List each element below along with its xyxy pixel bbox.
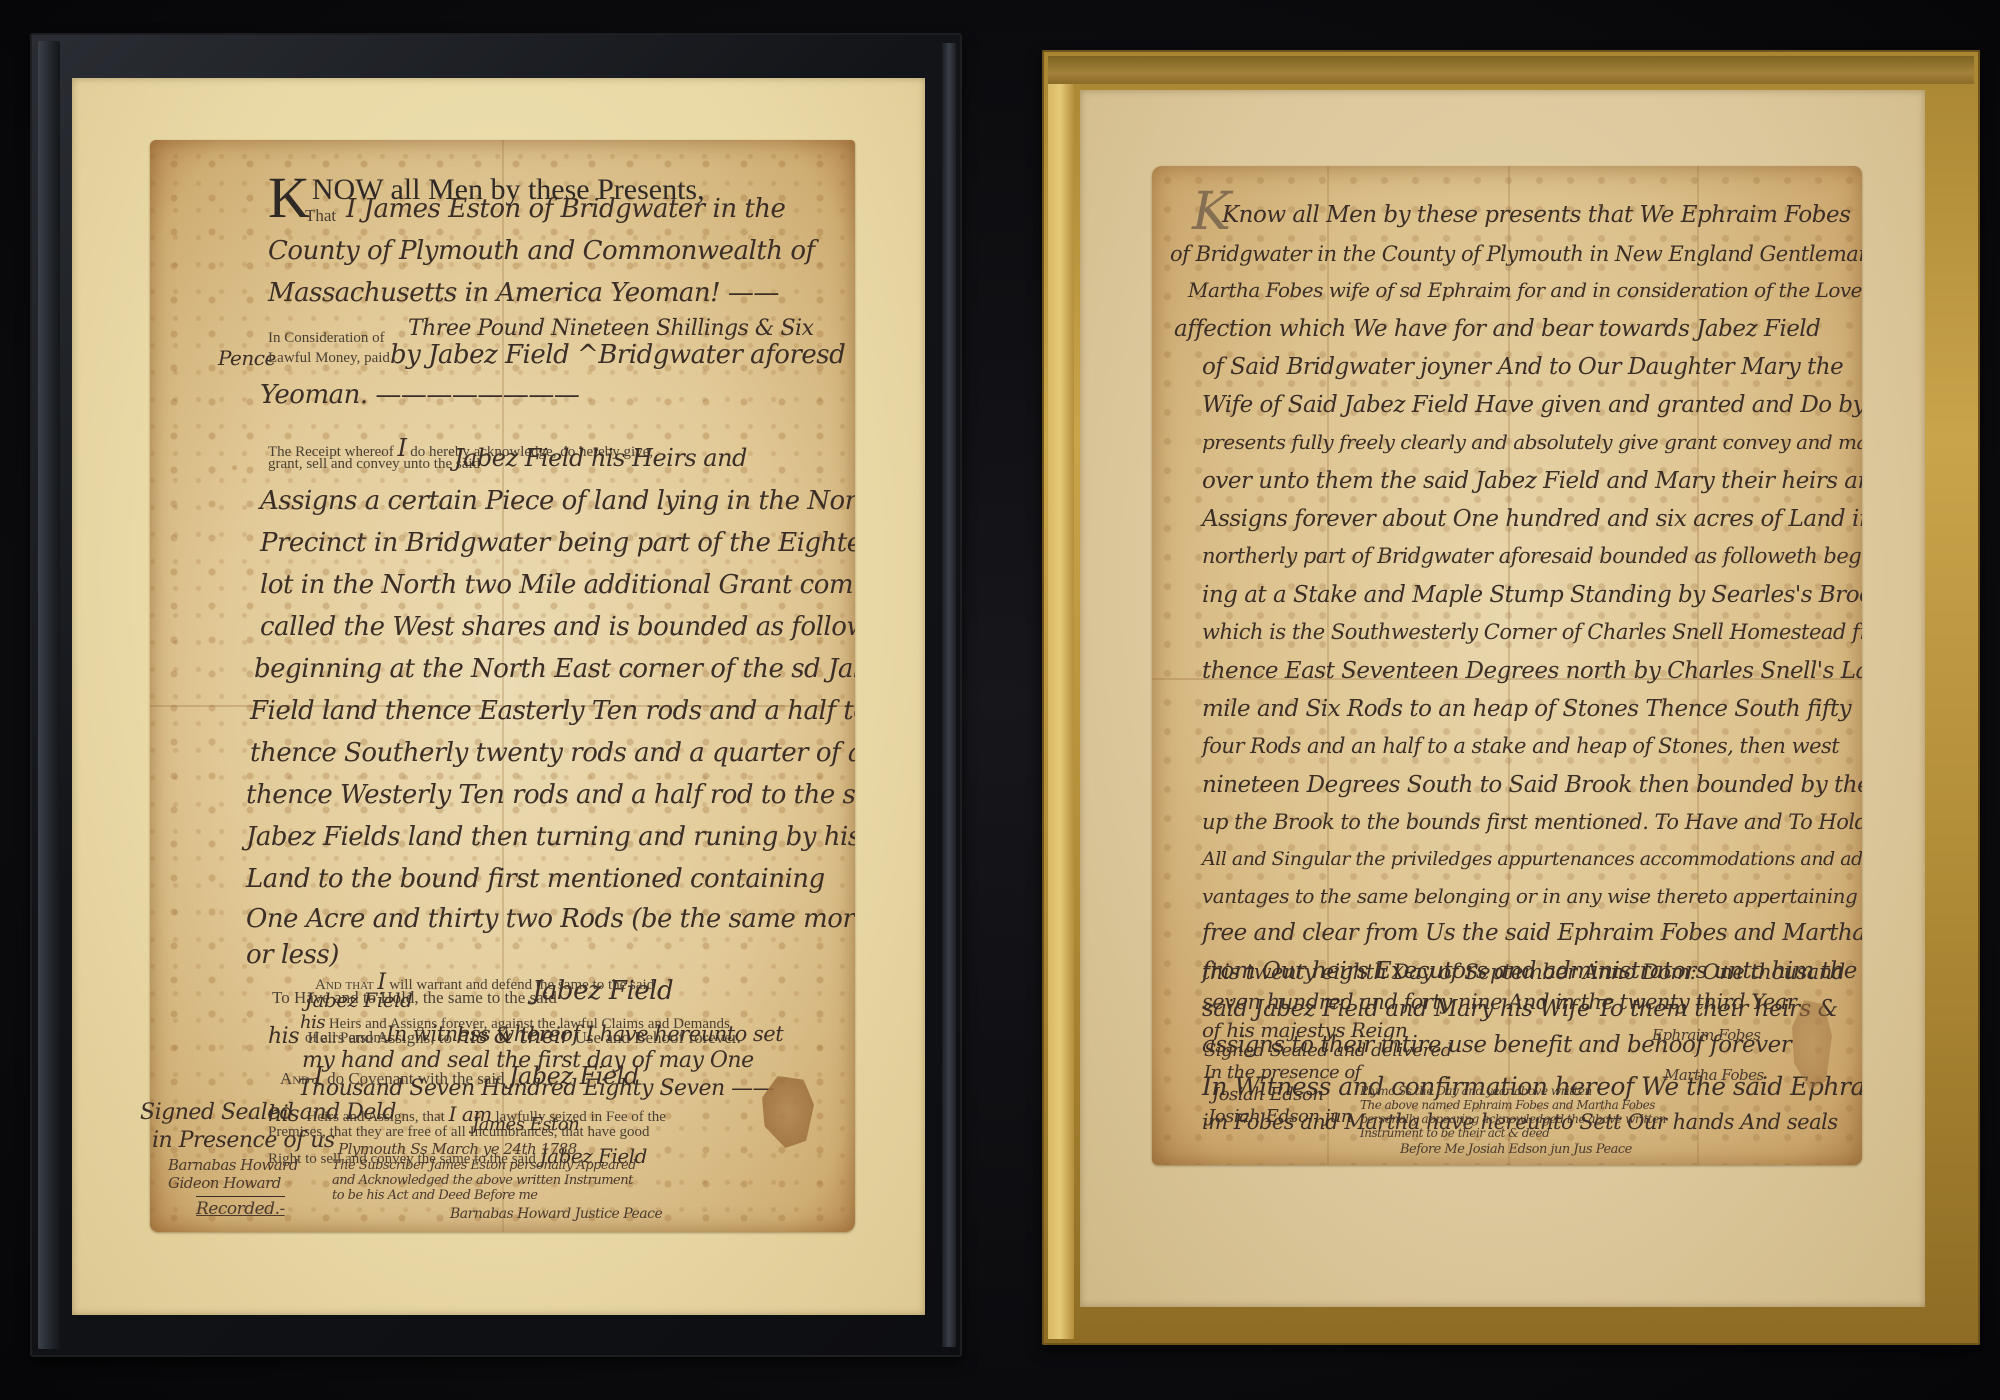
deed-1787-lower-section: And that I will warrant and defend the s… (150, 960, 855, 1232)
acknowledgment-text: Instrument to be their act & deed (1360, 1126, 1549, 1140)
printed-text: of all Persons. (305, 1030, 390, 1047)
handwritten-text: mile and Six Rods to an heap of Stones T… (1202, 696, 1851, 722)
handwritten-text: Jabez Fields land then turning and runin… (246, 822, 855, 852)
wax-seal-stain (762, 1076, 814, 1148)
handwritten-text: Jabez Field his Heirs and (454, 444, 747, 472)
handwritten-text: called the West shares and is bounded as… (260, 612, 855, 642)
handwritten-text: Thousand Seven Hundred Eighty Seven —— (298, 1076, 774, 1101)
acknowledgment-text: The above named Ephraim Fobes and Martha… (1360, 1098, 1655, 1112)
handwritten-text: I James Eston of Bridgwater in the (346, 194, 785, 224)
witness-heading: Signed Sealed and Deld (140, 1100, 396, 1125)
printed-text: That (305, 206, 336, 226)
handwritten-text: this twenty eighth Day of September Anno… (1202, 960, 1845, 984)
witness-signature: Josiah Edson jun (1208, 1106, 1352, 1127)
printed-text: grant, sell and convey unto the said (268, 456, 480, 473)
witness-heading: in Presence of us (152, 1128, 335, 1153)
handwritten-text: over unto them the said Jabez Field and … (1202, 468, 1862, 494)
handwritten-text: lot in the North two Mile additional Gra… (260, 570, 855, 600)
handwritten-text: Assigns forever about One hundred and si… (1202, 506, 1862, 532)
handwritten-text: thence Southerly twenty rods and a quart… (250, 738, 855, 768)
witness-heading: Signed Sealed and delivered (1204, 1040, 1452, 1061)
handwritten-text: In witness whereof I have hereunto set (386, 1022, 783, 1046)
handwritten-text: Land to the bound first mentioned contai… (246, 864, 825, 894)
handwritten-text: of Bridgwater in the County of Plymouth … (1170, 242, 1862, 266)
handwritten-text: of his majestys Reign (1202, 1018, 1407, 1042)
handwritten-text: One Acre and thirty two Rods (be the sam… (246, 904, 855, 934)
witness-heading: In the presence of (1204, 1062, 1361, 1083)
acknowledgment-text: to be his Act and Deed Before me (332, 1188, 537, 1203)
handwritten-text: Know all Men by these presents that We E… (1222, 202, 1850, 228)
handwritten-text: Yeoman. ———————— (260, 380, 579, 410)
handwritten-text: which is the Southwesterly Corner of Cha… (1202, 620, 1862, 644)
handwritten-text: by Jabez Field ^Bridgwater aforesd (390, 340, 845, 370)
handwritten-text: County of Plymouth and Commonwealth of (268, 236, 815, 266)
handwritten-text: seven hundred and forty nine And in the … (1202, 990, 1796, 1014)
handwritten-text: free and clear from Us the said Ephraim … (1202, 920, 1862, 946)
handwritten-text: my hand and seal the first day of may On… (302, 1048, 754, 1073)
witness-signature: Barnabas Howard (168, 1156, 298, 1174)
acknowledgment-text: Plymouth Ss March ye 24th 1788 (338, 1140, 577, 1158)
printed-text: In Consideration of (268, 330, 385, 347)
recorded-note: Recorded.- (196, 1196, 285, 1219)
acknowledgment-text: Plymo Ss the Day and year above written (1360, 1084, 1592, 1098)
handwritten-text: ing at a Stake and Maple Stump Standing … (1202, 582, 1862, 608)
handwritten-text: beginning at the North East corner of th… (254, 654, 855, 684)
grantor-signature: James Eston (472, 1114, 579, 1135)
handwritten-text: Assigns a certain Piece of land lying in… (260, 486, 855, 516)
printed-text: Lawful Money, paid (268, 350, 390, 367)
handwritten-text: Jabez Field (305, 988, 412, 1012)
justice-signature: Barnabas Howard Justice Peace (450, 1206, 662, 1222)
witness-signature: Gideon Howard (168, 1174, 281, 1192)
acknowledgment-text: personally appearing acknowledged the ab… (1360, 1112, 1666, 1126)
handwritten-text: Massachusetts in America Yeoman! —— (268, 278, 779, 308)
handwritten-text: presents fully freely clearly and absolu… (1202, 430, 1862, 454)
handwritten-text: All and Singular the priviledges appurte… (1202, 848, 1862, 870)
handwritten-text: Wife of Said Jabez Field Have given and … (1202, 392, 1862, 418)
handwritten-text: up the Brook to the bounds first mention… (1202, 810, 1862, 834)
handwritten-text: affection which We have for and bear tow… (1174, 316, 1820, 342)
handwritten-text: nineteen Degrees South to Said Brook the… (1202, 772, 1862, 798)
handwritten-text: northerly part of Bridgwater aforesaid b… (1202, 544, 1862, 568)
handwritten-text: Three Pound Nineteen Shillings & Six (408, 316, 814, 341)
handwritten-text: of Said Bridgwater joyner And to Our Dau… (1202, 354, 1843, 380)
justice-signature: Before Me Josiah Edson jun Jus Peace (1400, 1142, 1632, 1157)
handwritten-text: vantages to the same belonging or in any… (1202, 884, 1857, 908)
acknowledgment-text: The Subscriber James Eston personally Ap… (332, 1158, 636, 1173)
acknowledgment-text: and Acknowledged the above written Instr… (332, 1173, 633, 1188)
handwritten-text: Field land thence Easterly Ten rods and … (250, 696, 855, 726)
handwritten-text: four Rods and an half to a stake and hea… (1202, 734, 1839, 758)
handwritten-text: thence East Seventeen Degrees north by C… (1202, 658, 1862, 684)
handwritten-text: thence Westerly Ten rods and a half rod … (246, 780, 855, 810)
seal-stain (1792, 1000, 1832, 1090)
grantor-signature: Martha Fobes (1664, 1066, 1764, 1084)
deed-1749-lower-section: this twenty eighth Day of September Anno… (1152, 960, 1862, 1165)
grantor-signature: Ephraim Fobes (1652, 1026, 1760, 1044)
handwritten-text: Precinct in Bridgwater being part of the… (260, 528, 855, 558)
witness-signature: Josiah Edson (1212, 1084, 1323, 1105)
handwritten-text: Martha Fobes wife of sd Ephraim for and … (1188, 278, 1862, 302)
